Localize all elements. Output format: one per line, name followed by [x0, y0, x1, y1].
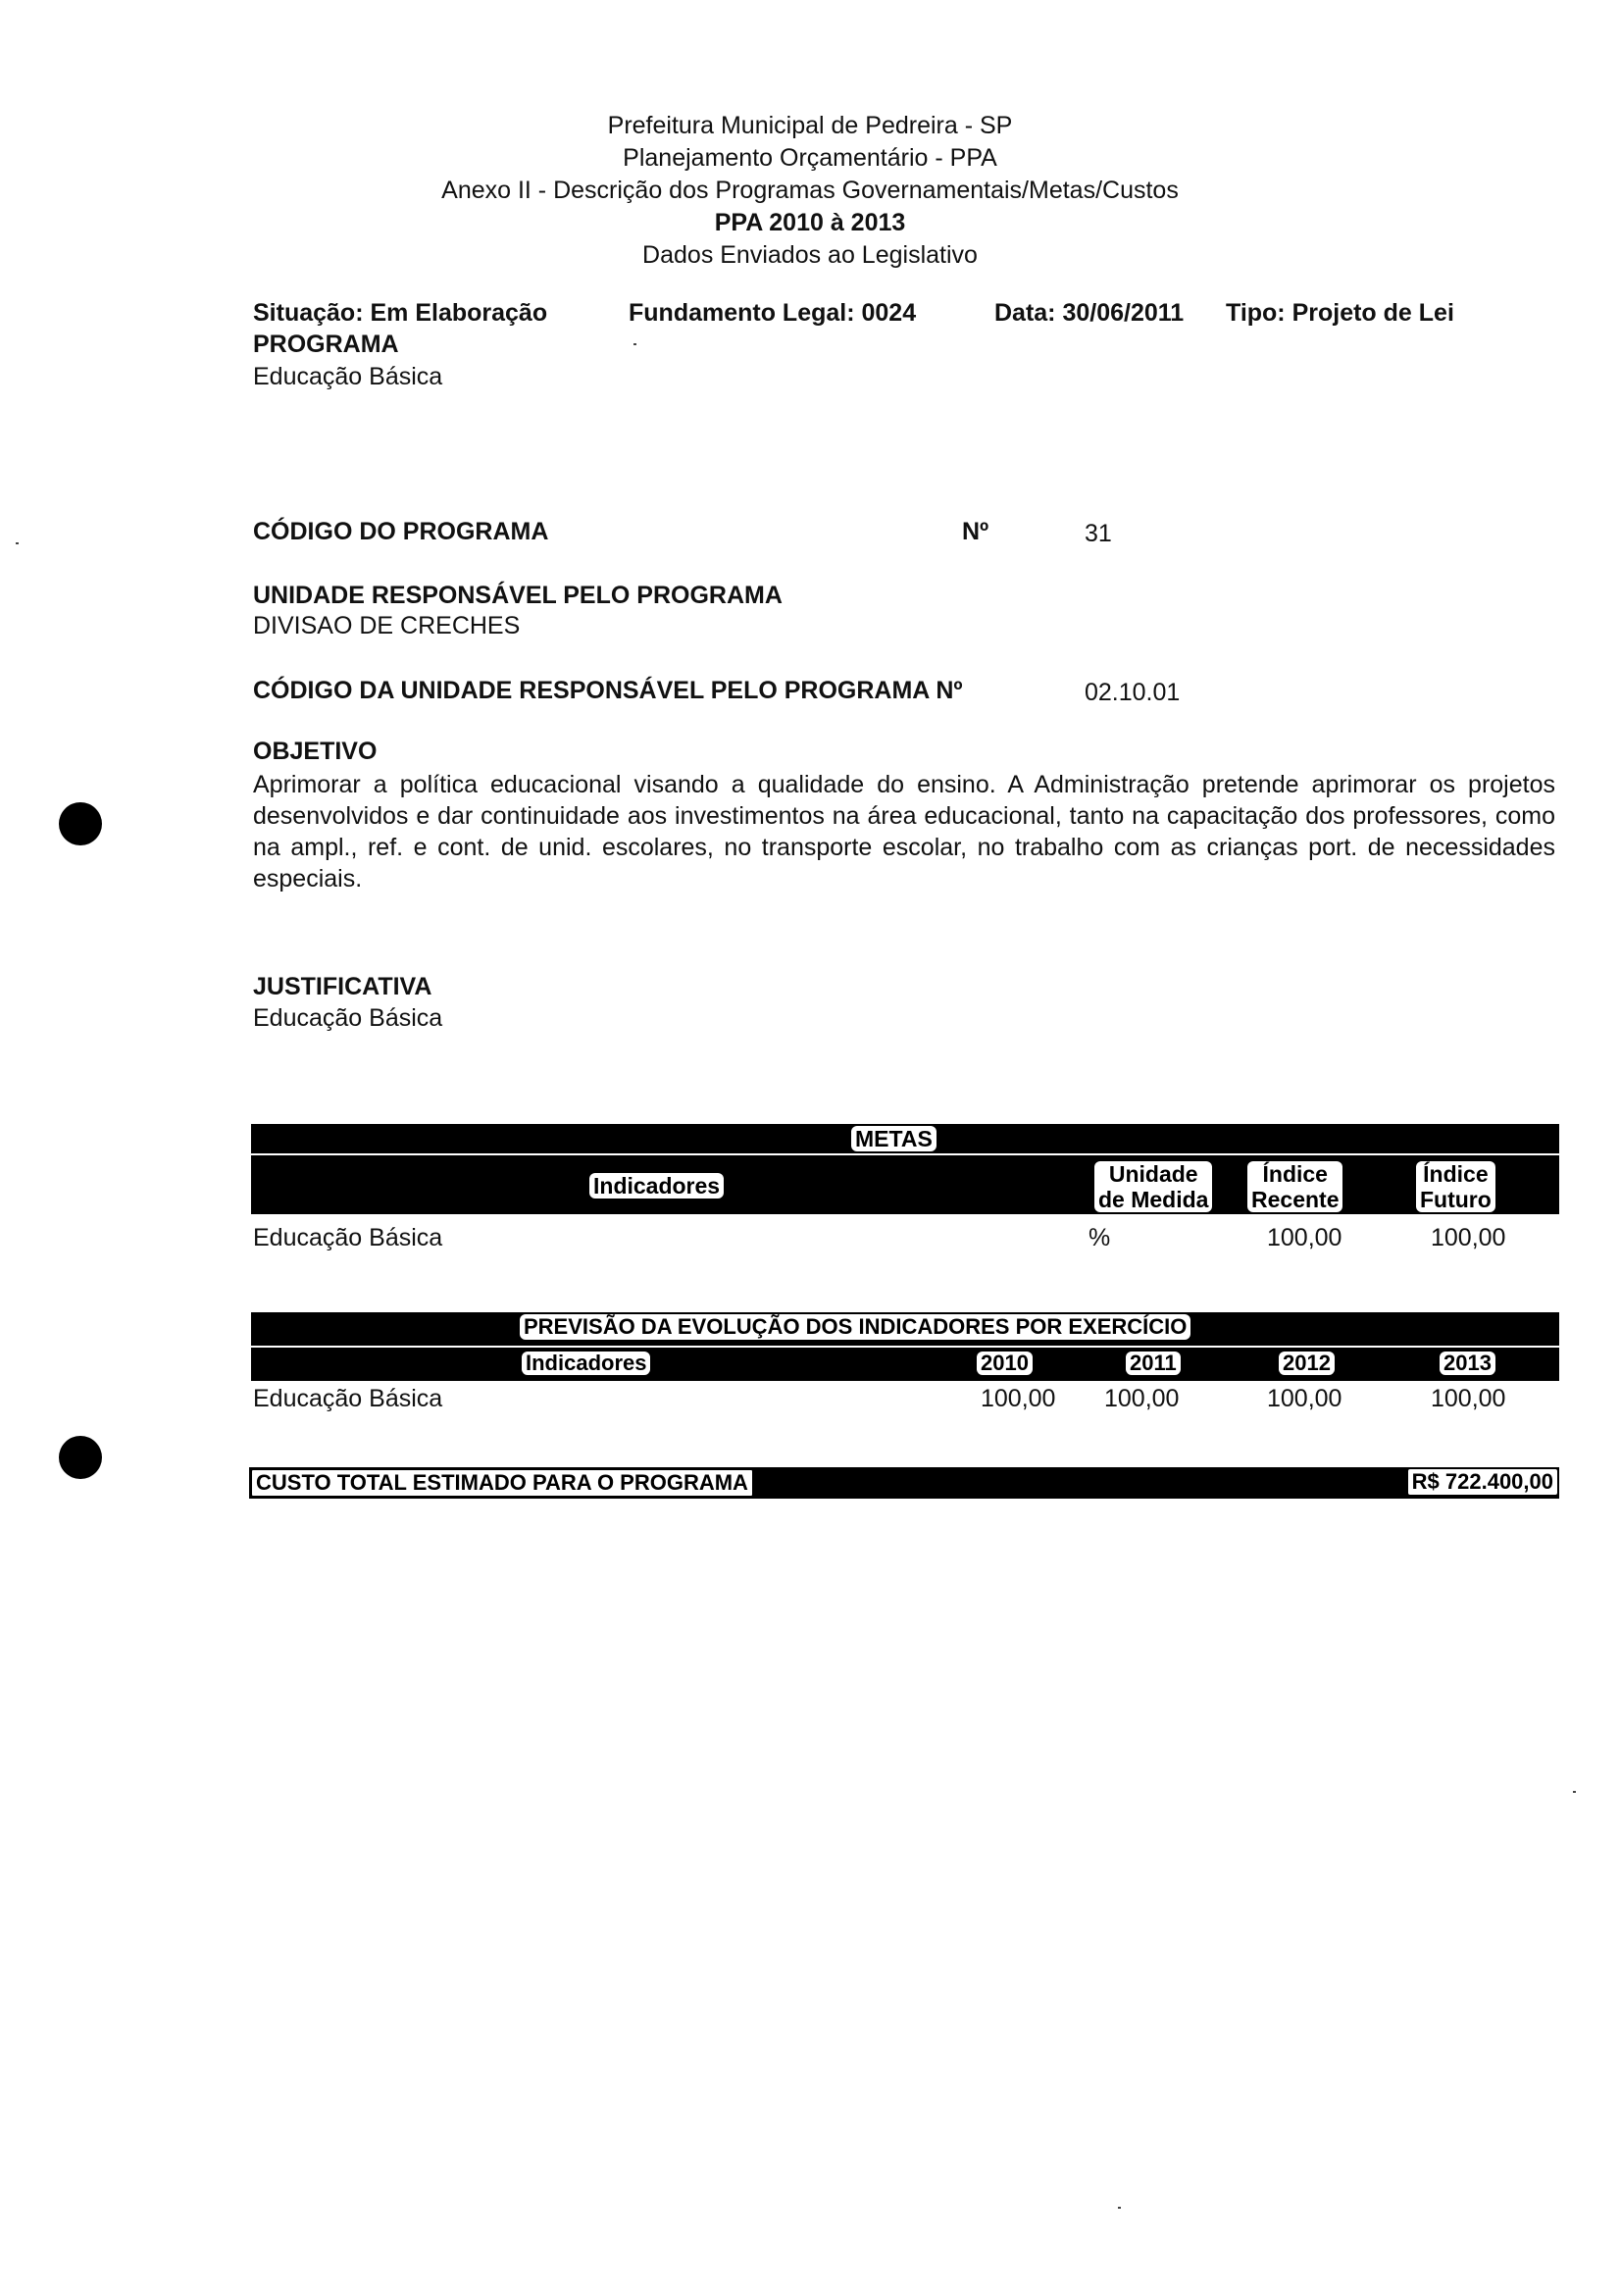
objetivo-text: Aprimorar a política educacional visando… [253, 769, 1555, 894]
punch-hole-top [59, 802, 102, 845]
programa-label: PROGRAMA [253, 331, 399, 359]
document-header: Prefeitura Municipal de Pedreira - SP Pl… [0, 110, 1620, 272]
metas-col-unidade: Unidade de Medida [1094, 1161, 1212, 1212]
codigo-unidade-value: 02.10.01 [1085, 679, 1180, 707]
previsao-col-indicadores: Indicadores [522, 1352, 650, 1375]
previsao-col-2011: 2011 [1126, 1352, 1181, 1375]
codigo-programa-value: 31 [1085, 520, 1112, 548]
scan-speck [16, 542, 19, 544]
metas-col-indice-recente: Índice Recente [1247, 1161, 1342, 1212]
scan-speck [633, 343, 636, 345]
scan-speck [1118, 2207, 1121, 2209]
scan-speck [1573, 1791, 1576, 1793]
metas-row-indicador: Educação Básica [253, 1224, 442, 1252]
unidade-label: UNIDADE RESPONSÁVEL PELO PROGRAMA [253, 582, 783, 610]
objetivo-label: OBJETIVO [253, 738, 377, 766]
programa-value: Educação Básica [253, 363, 442, 391]
justificativa-label: JUSTIFICATIVA [253, 973, 431, 1001]
tipo-field: Tipo: Projeto de Lei [1226, 299, 1454, 328]
codigo-unidade-label: CÓDIGO DA UNIDADE RESPONSÁVEL PELO PROGR… [253, 677, 963, 705]
metas-col-indicadores: Indicadores [589, 1173, 724, 1199]
previsao-row-2011: 100,00 [1104, 1385, 1179, 1413]
fundamento-legal-field: Fundamento Legal: 0024 [629, 299, 916, 328]
header-planning: Planejamento Orçamentário - PPA [0, 142, 1620, 175]
metas-header-bar: METAS Indicadores Unidade de Medida Índi… [251, 1124, 1559, 1214]
metas-title: METAS [851, 1126, 937, 1151]
metas-col-indice-futuro: Índice Futuro [1416, 1161, 1495, 1212]
custo-total-bar: CUSTO TOTAL ESTIMADO PARA O PROGRAMA R$ … [249, 1467, 1559, 1499]
header-status: Dados Enviados ao Legislativo [0, 239, 1620, 272]
header-ppa-period: PPA 2010 à 2013 [0, 207, 1620, 239]
previsao-row-indicador: Educação Básica [253, 1385, 442, 1413]
custo-total-value: R$ 722.400,00 [1408, 1469, 1557, 1495]
previsao-title: PREVISÃO DA EVOLUÇÃO DOS INDICADORES POR… [520, 1314, 1190, 1340]
header-municipality: Prefeitura Municipal de Pedreira - SP [0, 110, 1620, 142]
unidade-value: DIVISAO DE CRECHES [253, 612, 520, 640]
metas-row-unidade: % [1088, 1224, 1110, 1252]
justificativa-value: Educação Básica [253, 1004, 442, 1033]
previsao-row-2010: 100,00 [981, 1385, 1055, 1413]
codigo-programa-no-label: Nº [962, 518, 988, 546]
previsao-col-2012: 2012 [1279, 1352, 1335, 1375]
custo-total-label: CUSTO TOTAL ESTIMADO PARA O PROGRAMA [251, 1469, 753, 1497]
metas-row-indice-futuro: 100,00 [1431, 1224, 1505, 1252]
previsao-row-2013: 100,00 [1431, 1385, 1505, 1413]
previsao-header-bar: PREVISÃO DA EVOLUÇÃO DOS INDICADORES POR… [251, 1312, 1559, 1381]
metas-header-divider [251, 1153, 1559, 1155]
previsao-col-2010: 2010 [977, 1352, 1033, 1375]
metas-row-indice-recente: 100,00 [1267, 1224, 1342, 1252]
codigo-programa-label: CÓDIGO DO PROGRAMA [253, 518, 548, 546]
punch-hole-bottom [59, 1436, 102, 1479]
situacao-field: Situação: Em Elaboração [253, 299, 547, 328]
previsao-header-divider [251, 1346, 1559, 1348]
previsao-col-2013: 2013 [1440, 1352, 1495, 1375]
previsao-row-2012: 100,00 [1267, 1385, 1342, 1413]
data-field: Data: 30/06/2011 [994, 299, 1184, 328]
header-annex: Anexo II - Descrição dos Programas Gover… [0, 175, 1620, 207]
